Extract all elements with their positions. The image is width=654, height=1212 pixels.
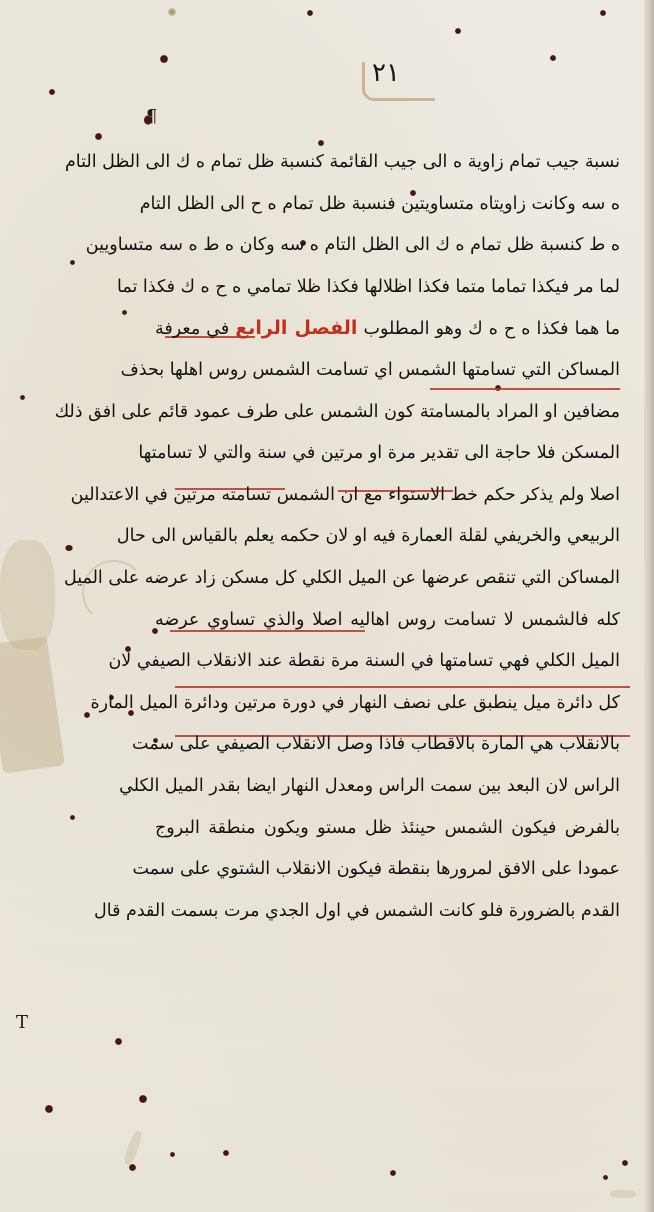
text-line: كل دائرة ميل ينطبق على نصف النهار في دور… xyxy=(155,683,620,725)
wormhole xyxy=(70,815,75,820)
wormhole xyxy=(45,1105,53,1113)
wormhole xyxy=(129,1164,136,1171)
stain-streak xyxy=(122,1129,144,1166)
wormhole xyxy=(622,1160,628,1166)
wormhole xyxy=(49,89,55,95)
wormhole xyxy=(603,1175,608,1180)
wormhole xyxy=(307,10,313,16)
text-line: بالفرض فيكون الشمس حينئذ ظل مستو ويكون م… xyxy=(155,808,620,850)
line-text: ما هما فكذا ه ح ه ك وهو المطلوب xyxy=(364,319,621,339)
wormhole xyxy=(550,55,556,61)
text-line: الربيعي والخريفي لقلة العمارة فيه او لان… xyxy=(155,516,620,558)
wormhole xyxy=(139,1095,147,1103)
text-line: القدم بالضرورة فلو كانت الشمس في اول الج… xyxy=(155,891,620,933)
text-line: الميل الكلي فهي تسامتها في السنة مرة نقط… xyxy=(155,641,620,683)
wormhole xyxy=(390,1170,396,1176)
text-line-with-rubric: ما هما فكذا ه ح ه ك وهو المطلوب الفصل ال… xyxy=(155,308,620,350)
text-line: المساكن التي تنقص عرضها عن الميل الكلي ك… xyxy=(155,558,620,600)
wormhole xyxy=(160,55,168,63)
wormhole xyxy=(223,1150,229,1156)
line-text: في معرفة xyxy=(155,319,229,339)
page-number: ٢١ xyxy=(372,58,400,88)
text-line: عمودا على الافق لمرورها بنقطة فيكون الان… xyxy=(155,849,620,891)
text-line: الراس لان البعد بين سمت الراس ومعدل النه… xyxy=(155,766,620,808)
stain-spot xyxy=(610,1190,636,1198)
wormhole xyxy=(455,28,461,34)
margin-mark: T xyxy=(16,1012,28,1033)
wormhole xyxy=(20,395,25,400)
text-line: المساكن التي تسامتها الشمس اي تسامت الشم… xyxy=(155,350,620,392)
margin-mark: ¶ xyxy=(146,106,157,127)
text-line: بالانقلاب هي المارة بالاقطاب فاذا وصل ال… xyxy=(155,724,620,766)
text-line: ه ط كنسبة ظل تمام ه ك الى الظل التام ه س… xyxy=(155,225,620,267)
wormhole xyxy=(170,1152,175,1157)
text-line: نسبة جيب تمام زاوية ه الى جيب القائمة كن… xyxy=(155,142,620,184)
text-line: لما مر فيكذا تماما متما فكذا اظلالها فكذ… xyxy=(155,267,620,309)
manuscript-text-block: نسبة جيب تمام زاوية ه الى جيب القائمة كن… xyxy=(155,142,620,932)
wormhole xyxy=(84,712,90,718)
chapter-heading-rubric: الفصل الرابع xyxy=(235,317,357,339)
text-line: اصلا ولم يذكر حكم خط الاستواء مع ان الشم… xyxy=(155,475,620,517)
wormhole xyxy=(600,10,606,16)
wormhole xyxy=(168,8,176,16)
text-line: مضافين او المراد بالمسامتة كون الشمس على… xyxy=(155,392,620,434)
text-line: كله فالشمس لا تسامت روس اهاليه اصلا والذ… xyxy=(155,600,620,642)
water-stain xyxy=(0,540,55,650)
wormhole xyxy=(70,260,75,265)
manuscript-page: ٢١ ¶ T نسبة جيب تمام زاوية ه الى جيب الق… xyxy=(0,0,654,1212)
wormhole xyxy=(65,545,73,551)
text-line: المسكن فلا حاجة الى تقدير مرة او مرتين ف… xyxy=(155,433,620,475)
wormhole xyxy=(115,1038,122,1045)
wormhole xyxy=(122,310,127,315)
paper-repair-patch xyxy=(0,636,65,773)
text-line: ه سه وكانت زاويتاه متساويتين فنسبة ظل تم… xyxy=(155,184,620,226)
wormhole xyxy=(95,133,102,140)
page-edge xyxy=(644,0,654,1212)
